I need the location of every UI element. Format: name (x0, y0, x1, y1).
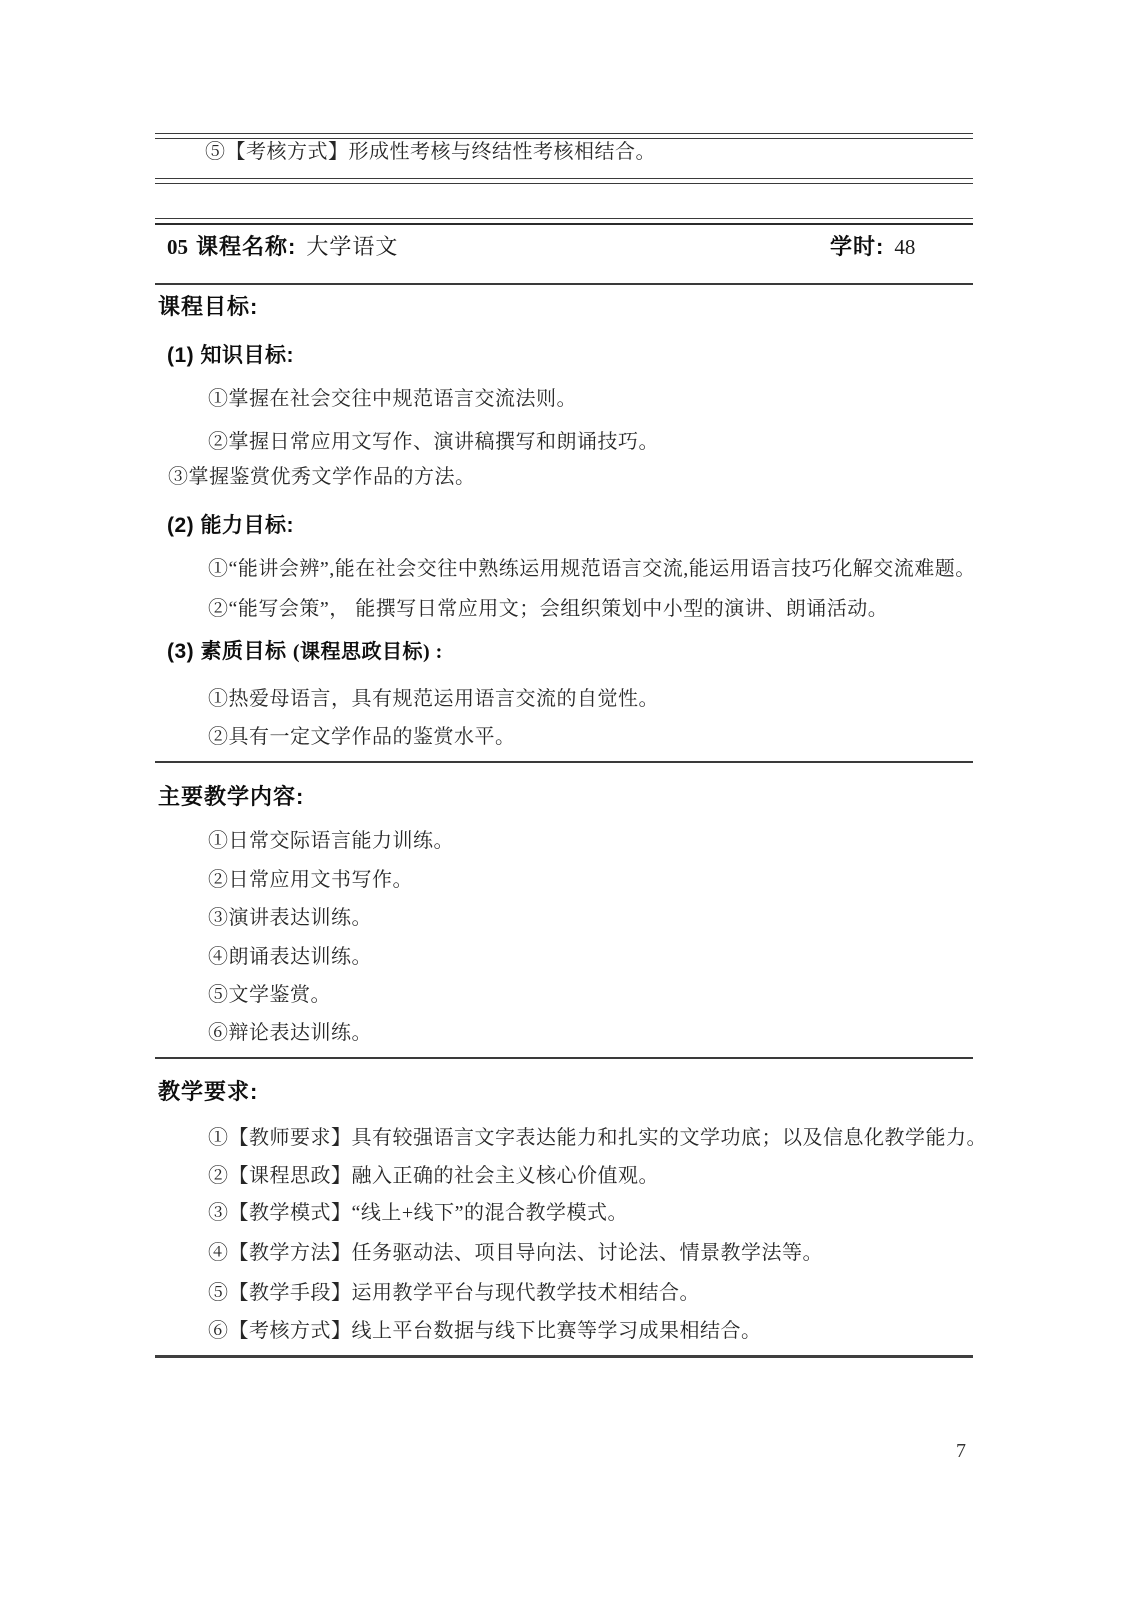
heading-quality-objectives: (3) 素质目标 (课程思政目标) : (167, 638, 443, 666)
course-header-row: 05课程名称:大学语文 (167, 233, 398, 264)
requirement-item: ②【课程思政】融入正确的社会主义核心价值观。 (208, 1163, 659, 1189)
course-hours-group: 学时:48 (830, 233, 915, 264)
hours-label: 学时: (830, 234, 884, 259)
divider-objectives-bottom (155, 761, 973, 763)
course-number: 05 (167, 235, 188, 259)
content-item: ⑤文学鉴赏。 (208, 982, 331, 1008)
content-item: ④朗诵表达训练。 (208, 944, 372, 970)
requirement-item: ⑤【教学手段】运用教学平台与现代教学技术相结合。 (208, 1280, 700, 1306)
section-title-objectives: 课程目标: (158, 293, 258, 321)
divider-course-bottom (155, 1355, 973, 1358)
divider-prev-bottom-double (155, 178, 973, 184)
requirement-item: ③【教学模式】“线上+线下”的混合教学模式。 (208, 1200, 628, 1226)
course-name-value: 大学语文 (306, 234, 398, 259)
knowledge-objective-item-outdented: ③掌握鉴赏优秀文学作品的方法。 (168, 464, 476, 490)
ability-objective-item: ②“能写会策”， 能撰写日常应用文；会组织策划中小型的演讲、朗诵活动。 (208, 596, 888, 622)
ability-objective-item: ①“能讲会辨”,能在社会交往中熟练运用规范语言交流,能运用语言技巧化解交流难题。 (208, 556, 976, 582)
quality-objective-item: ①热爱母语言，具有规范运用语言交流的自觉性。 (208, 686, 659, 712)
heading-knowledge-objectives: (1) 知识目标: (167, 342, 294, 370)
section-title-content: 主要教学内容: (158, 783, 304, 811)
knowledge-objective-item: ②掌握日常应用文写作、演讲稿撰写和朗诵技巧。 (208, 429, 659, 455)
prev-assessment-item: ⑤【考核方式】形成性考核与终结性考核相结合。 (205, 139, 656, 165)
requirement-item: ④【教学方法】任务驱动法、项目导向法、讨论法、情景教学法等。 (208, 1240, 823, 1266)
heading-quality-paren: (课程思政目标) : (293, 641, 443, 663)
divider-course-top-double (155, 218, 973, 225)
quality-objective-item: ②具有一定文学作品的鉴赏水平。 (208, 724, 516, 750)
divider-content-bottom (155, 1057, 973, 1059)
content-item: ⑥辩论表达训练。 (208, 1020, 372, 1046)
heading-quality-main: (3) 素质目标 (167, 640, 287, 663)
document-page: ⑤【考核方式】形成性考核与终结性考核相结合。 05课程名称:大学语文 学时:48… (0, 0, 1131, 1600)
hours-value: 48 (894, 235, 915, 259)
knowledge-objective-item: ①掌握在社会交往中规范语言交流法则。 (208, 386, 577, 412)
heading-ability-objectives: (2) 能力目标: (167, 512, 294, 540)
divider-header-bottom (155, 283, 973, 285)
requirement-item: ①【教师要求】具有较强语言文字表达能力和扎实的文学功底；以及信息化教学能力。 (208, 1125, 987, 1151)
page-number: 7 (956, 1440, 966, 1463)
content-item: ③演讲表达训练。 (208, 905, 372, 931)
content-item: ②日常应用文书写作。 (208, 867, 413, 893)
content-item: ①日常交际语言能力训练。 (208, 828, 454, 854)
course-name-label: 课程名称: (196, 234, 296, 259)
requirement-item: ⑥【考核方式】线上平台数据与线下比赛等学习成果相结合。 (208, 1318, 762, 1344)
section-title-requirements: 教学要求: (158, 1078, 258, 1106)
